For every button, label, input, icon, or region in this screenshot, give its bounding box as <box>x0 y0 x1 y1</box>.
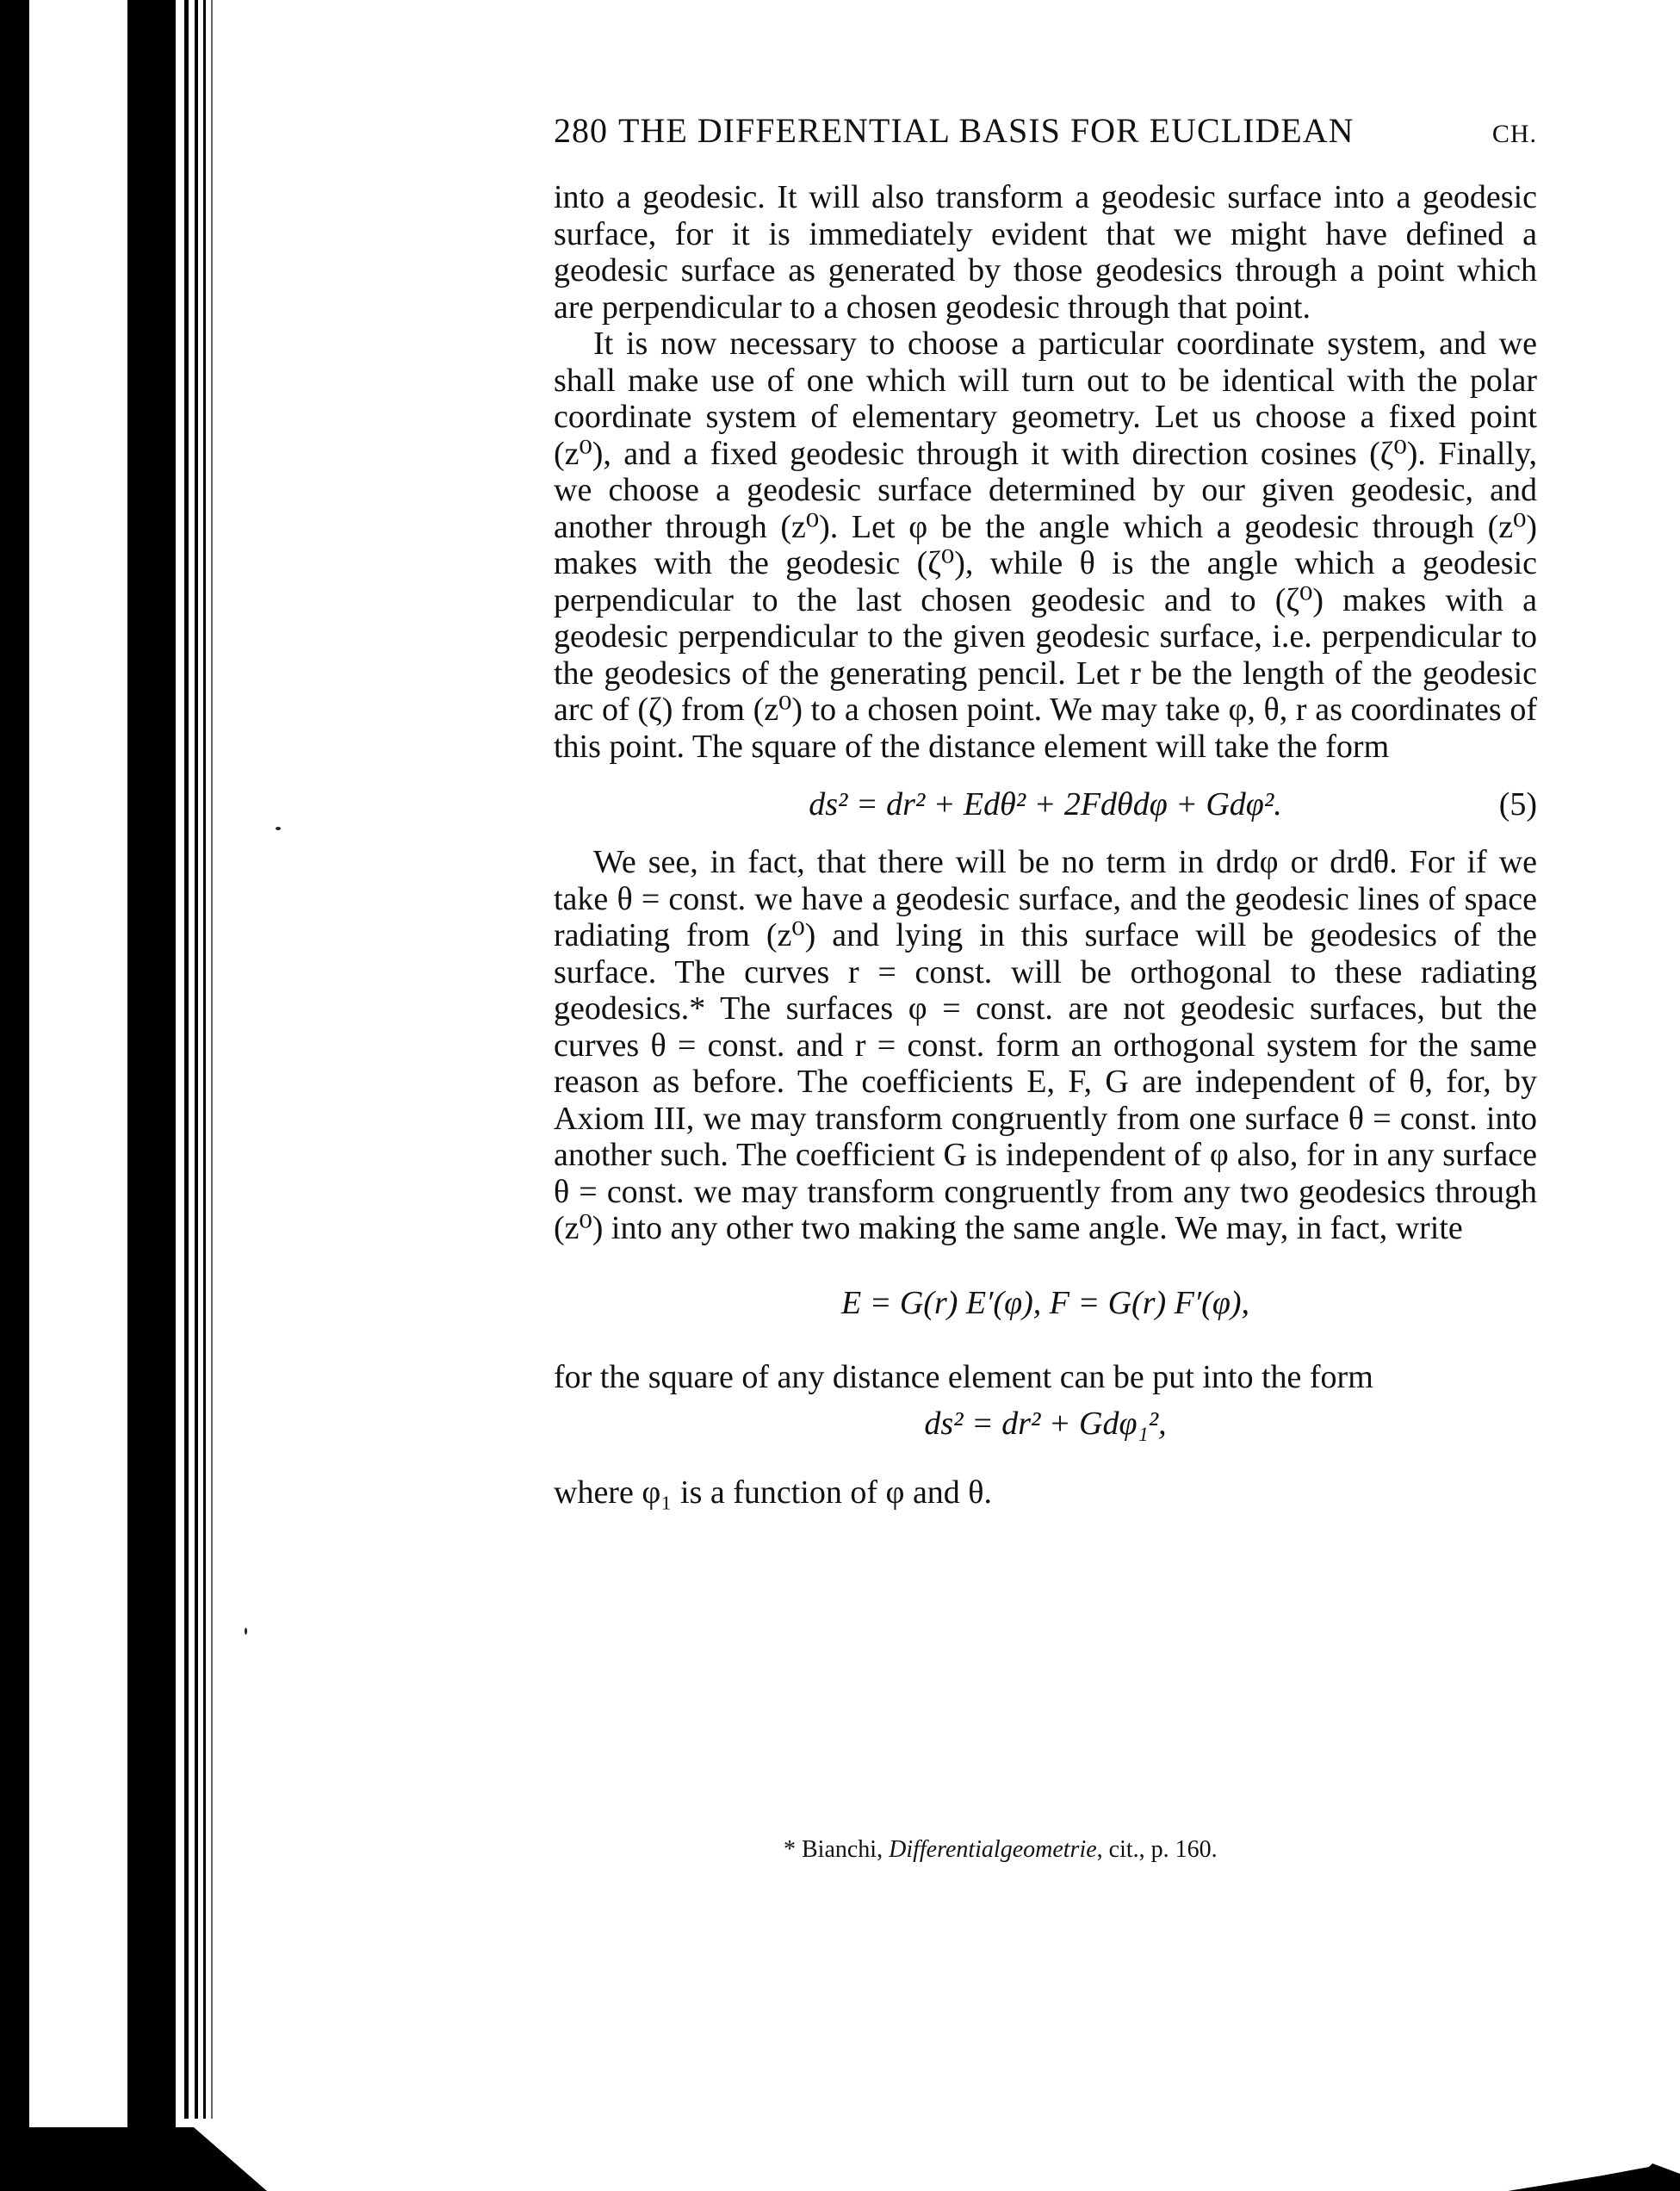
paragraph-distance-element: for the square of any distance element c… <box>554 1359 1537 1396</box>
page-stack-line <box>211 0 213 2119</box>
facing-page-edge <box>29 40 129 2046</box>
running-title: THE DIFFERENTIAL BASIS FOR EUCLIDEAN <box>618 110 1484 151</box>
running-header: 280 THE DIFFERENTIAL BASIS FOR EUCLIDEAN… <box>554 110 1537 162</box>
paragraph-no-cross-terms: We see, in fact, that there will be no t… <box>554 844 1537 1247</box>
equation-reduced-form: ds² = dr² + Gdφ₁², <box>554 1395 1537 1452</box>
book-binding-edge <box>0 0 224 2191</box>
equation-5-body: ds² = dr² + Edθ² + 2Fdθdφ + Gdφ². <box>809 785 1281 823</box>
paragraph-coordinate-system: It is now necessary to choose a particul… <box>554 326 1537 765</box>
footnote-citation: , cit., p. 160. <box>1097 1836 1218 1863</box>
footnote-marker: * <box>784 1836 802 1863</box>
equation-reduced-form-body: ds² = dr² + Gdφ₁², <box>924 1405 1166 1443</box>
chapter-abbrev: CH. <box>1492 120 1537 149</box>
footnote: * Bianchi, Differentialgeometrie, cit., … <box>784 1836 1218 1864</box>
equation-coefficients-body: E = G(r) E′(φ), F = G(r) F′(φ), <box>841 1284 1249 1322</box>
footnote-author: Bianchi, <box>802 1836 889 1863</box>
equation-5: ds² = dr² + Edθ² + 2Fdθdφ + Gdφ². (5) <box>554 765 1537 844</box>
paragraph-phi1-definition: where φ₁ is a function of φ and θ. <box>554 1474 1537 1511</box>
scan-speck <box>276 827 281 830</box>
binding-gutter <box>127 0 176 2191</box>
page-stack-line <box>203 0 206 2119</box>
page-stack-line <box>184 0 189 2119</box>
page-number: 280 <box>554 110 608 151</box>
book-page: 280 THE DIFFERENTIAL BASIS FOR EUCLIDEAN… <box>554 110 1537 1511</box>
equation-number: (5) <box>1499 785 1537 823</box>
footnote-work-title: Differentialgeometrie <box>889 1836 1097 1863</box>
paragraph-continuation: into a geodesic. It will also transform … <box>554 179 1537 326</box>
equation-coefficients: E = G(r) E′(φ), F = G(r) F′(φ), <box>554 1247 1537 1359</box>
page-corner-shadow <box>1508 2157 1680 2191</box>
scan-border <box>0 0 29 2191</box>
page-stack-line <box>195 0 198 2119</box>
binding-bottom-shadow <box>0 2127 267 2191</box>
scan-speck <box>245 1628 247 1635</box>
